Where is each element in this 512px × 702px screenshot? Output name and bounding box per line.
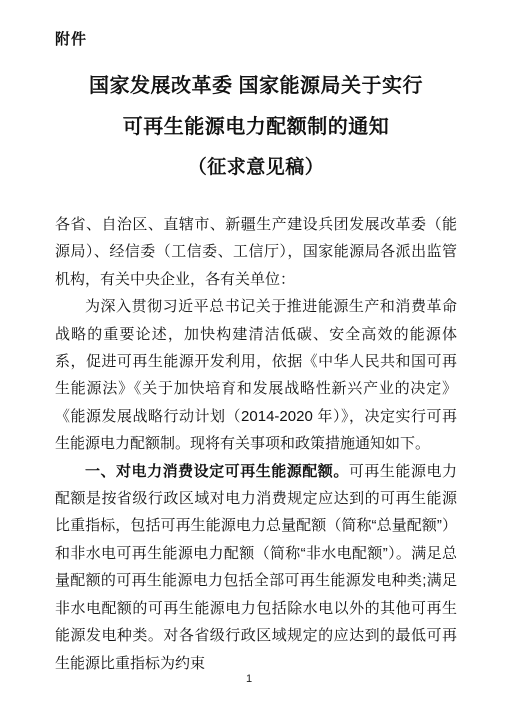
document-title-line-2: 可再生能源电力配额制的通知 bbox=[0, 110, 512, 139]
document-subtitle-draft: （征求意见稿） bbox=[0, 152, 512, 179]
document-body: 各省、自治区、直辖市、新疆生产建设兵团发展改革委（能源局）、经信委（工信委、工信… bbox=[55, 211, 457, 677]
document-title-line-1: 国家发展改革委 国家能源局关于实行 bbox=[0, 69, 512, 98]
section-heading: 一、对电力消费设定可再生能源配额。 bbox=[85, 463, 349, 480]
document-page: 附件 国家发展改革委 国家能源局关于实行 可再生能源电力配额制的通知 （征求意见… bbox=[0, 0, 512, 702]
attachment-label: 附件 bbox=[55, 28, 87, 49]
paragraph: 一、对电力消费设定可再生能源配额。可再生能源电力配额是按省级行政区域对电力消费规… bbox=[55, 458, 457, 677]
paragraph: 为深入贯彻习近平总书记关于推进能源生产和消费革命战略的重要论述，加快构建清洁低碳… bbox=[55, 293, 457, 457]
page-number: 1 bbox=[0, 673, 498, 685]
paragraph: 各省、自治区、直辖市、新疆生产建设兵团发展改革委（能源局）、经信委（工信委、工信… bbox=[55, 211, 457, 293]
